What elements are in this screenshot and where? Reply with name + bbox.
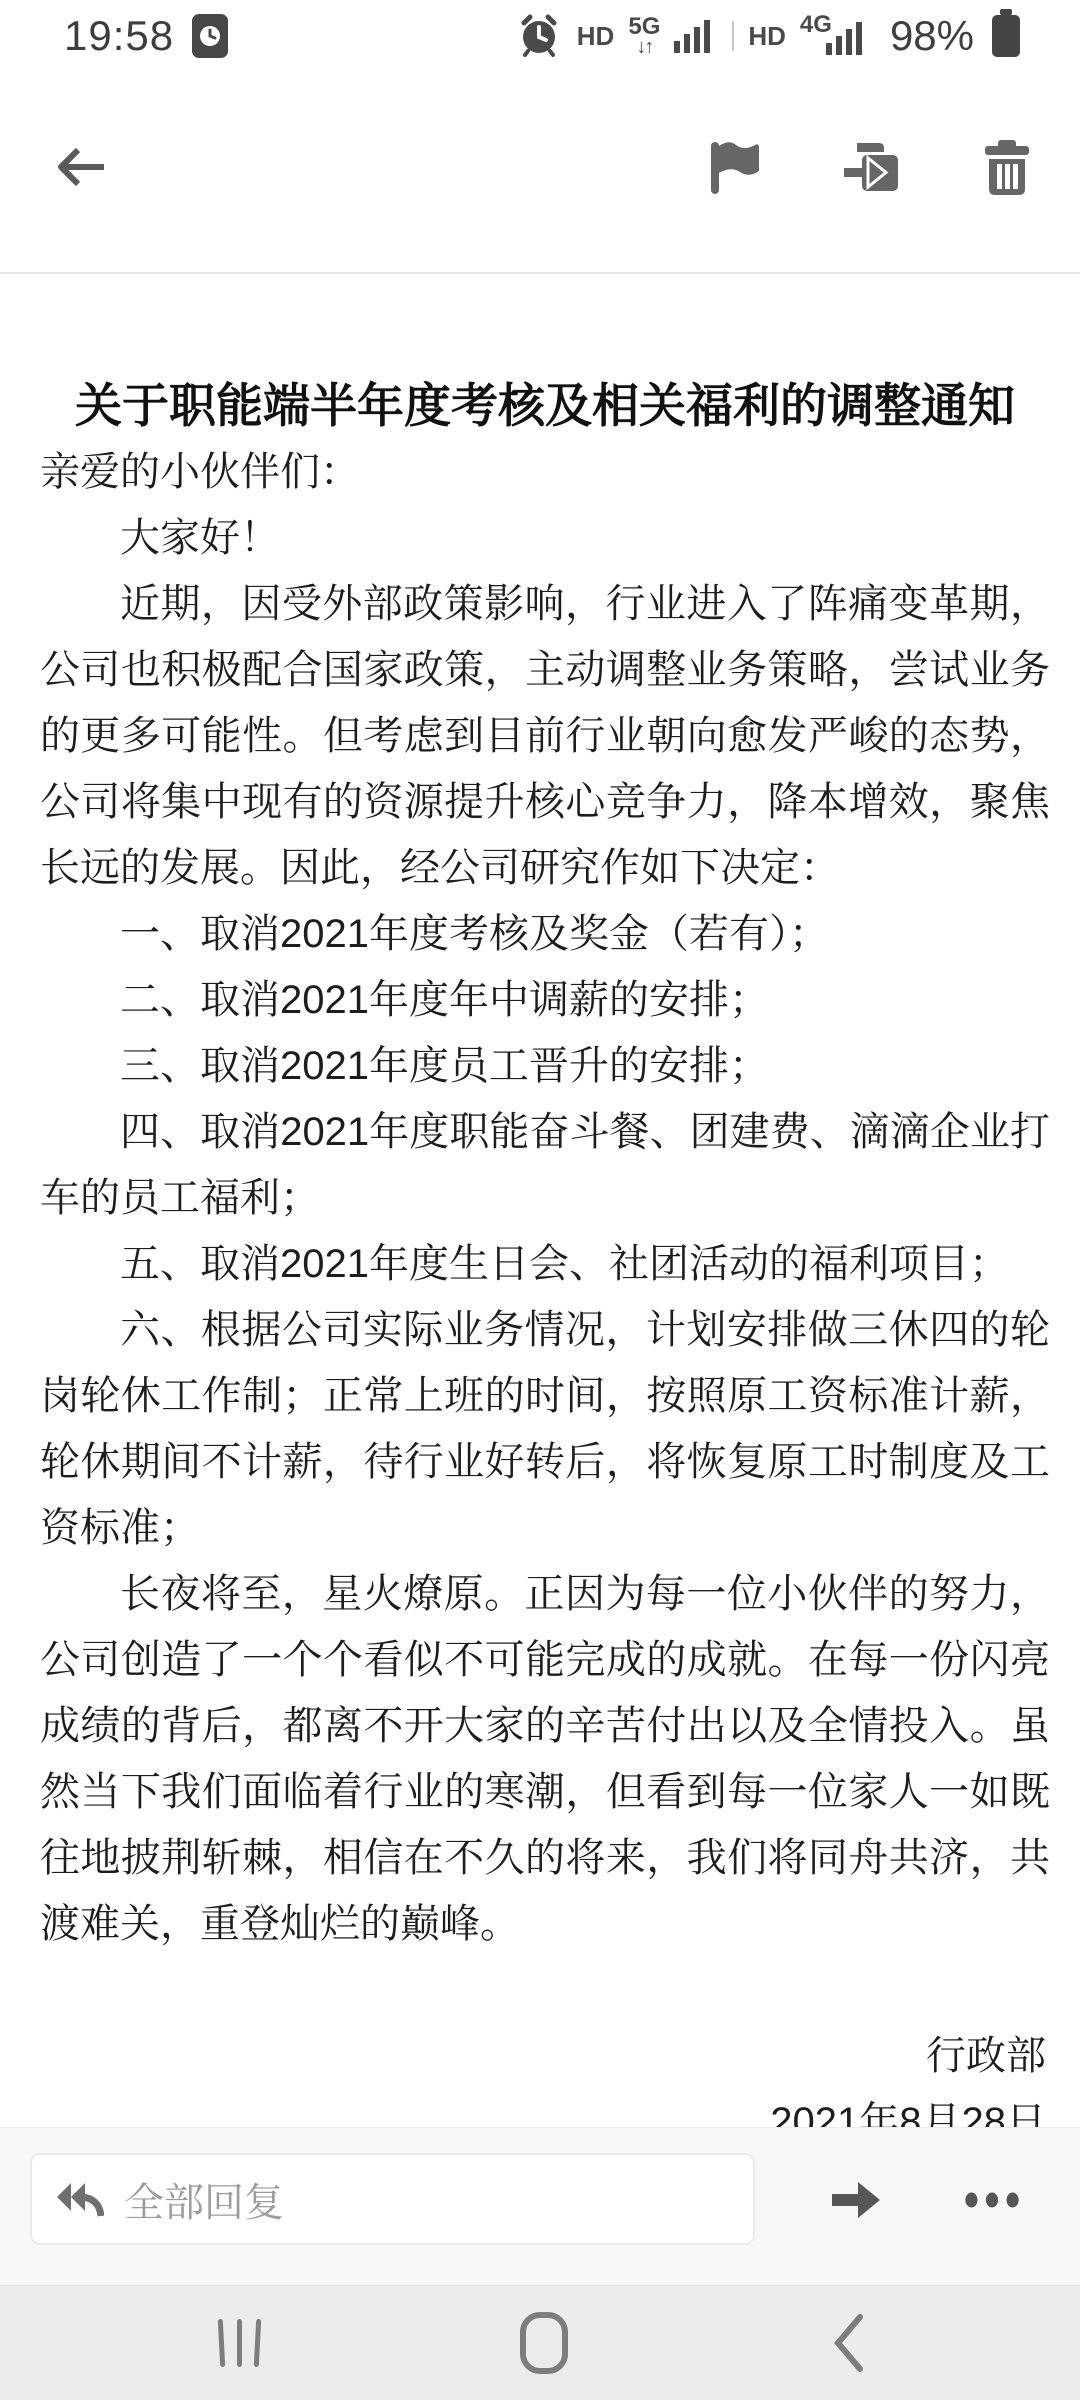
email-paragraph: 长夜将至，星火燎原。正因为每一位小伙伴的努力，公司创造了一个个看似不可能完成的成… <box>40 1561 1050 1957</box>
email-body: 关于职能端半年度考核及相关福利的调整通知 亲爱的小伙伴们： 大家好！ 近期，因受… <box>0 274 1080 2155</box>
reply-all-input[interactable]: 全部回复 <box>30 2153 755 2245</box>
email-paragraph: 大家好！ <box>40 505 1050 571</box>
clock-notification-icon <box>192 14 228 58</box>
forward-arrow-icon <box>828 2178 884 2222</box>
recents-button[interactable] <box>207 2308 273 2378</box>
alarm-icon <box>515 10 563 63</box>
delete-button[interactable] <box>978 138 1036 196</box>
signal-bars-icon-sim2 <box>826 17 870 55</box>
nav-back-button[interactable] <box>815 2308 881 2378</box>
reply-all-icon <box>54 2178 104 2220</box>
reply-bar: 全部回复 <box>0 2127 1080 2285</box>
email-paragraph: 近期，因受外部政策影响，行业进入了阵痛变革期，公司也积极配合国家政策，主动调整业… <box>40 571 1050 901</box>
forward-button[interactable] <box>827 2171 885 2229</box>
email-paragraph: 三、取消2021年度员工晋升的安排； <box>40 1033 1050 1099</box>
move-to-folder-button[interactable] <box>842 138 900 196</box>
home-icon <box>516 2310 572 2376</box>
back-button[interactable] <box>52 138 110 196</box>
more-options-button[interactable] <box>963 2171 1021 2229</box>
nav-back-icon <box>826 2311 870 2375</box>
network-type-sim2: 4G <box>800 17 870 55</box>
recents-icon <box>207 2313 273 2373</box>
network-type-sim1: 5G ↓↑ <box>628 15 660 57</box>
status-bar: 19:58 HD 5G ↓↑ <box>0 0 1080 62</box>
email-toolbar <box>0 62 1080 272</box>
status-separator <box>732 21 734 51</box>
status-right: HD 5G ↓↑ HD 4G <box>515 10 1020 63</box>
volte-hd-icon-sim1: HD <box>577 21 615 52</box>
trash-icon <box>980 138 1034 196</box>
back-arrow-icon <box>52 138 110 196</box>
email-signature: 行政部 <box>40 2023 1046 2089</box>
email-reader-screen: 19:58 HD 5G ↓↑ <box>0 0 1080 2400</box>
flag-icon <box>707 138 763 196</box>
signal-bars-icon-sim1 <box>674 15 718 58</box>
battery-icon <box>992 15 1020 57</box>
reply-all-placeholder: 全部回复 <box>124 2171 284 2228</box>
move-to-folder-icon <box>842 138 900 196</box>
data-arrows-icon: ↓↑ <box>636 37 652 57</box>
more-options-icon <box>963 2185 1021 2215</box>
email-paragraph: 二、取消2021年度年中调薪的安排； <box>40 967 1050 1033</box>
email-paragraph: 六、根据公司实际业务情况，计划安排做三休四的轮岗轮休工作制；正常上班的时间，按照… <box>40 1297 1050 1561</box>
email-paragraph: 五、取消2021年度生日会、社团活动的福利项目； <box>40 1231 1050 1297</box>
volte-hd-icon-sim2: HD <box>748 21 786 52</box>
email-salutation: 亲爱的小伙伴们： <box>40 439 1050 505</box>
flag-button[interactable] <box>706 138 764 196</box>
status-time: 19:58 <box>64 12 174 60</box>
home-button[interactable] <box>511 2308 577 2378</box>
email-title: 关于职能端半年度考核及相关福利的调整通知 <box>40 373 1050 439</box>
email-paragraph: 四、取消2021年度职能奋斗餐、团建费、滴滴企业打车的员工福利； <box>40 1099 1050 1231</box>
email-paragraph: 一、取消2021年度考核及奖金（若有）； <box>40 901 1050 967</box>
android-nav-bar <box>0 2285 1080 2400</box>
status-left: 19:58 <box>64 12 228 60</box>
battery-percent: 98% <box>890 12 974 60</box>
